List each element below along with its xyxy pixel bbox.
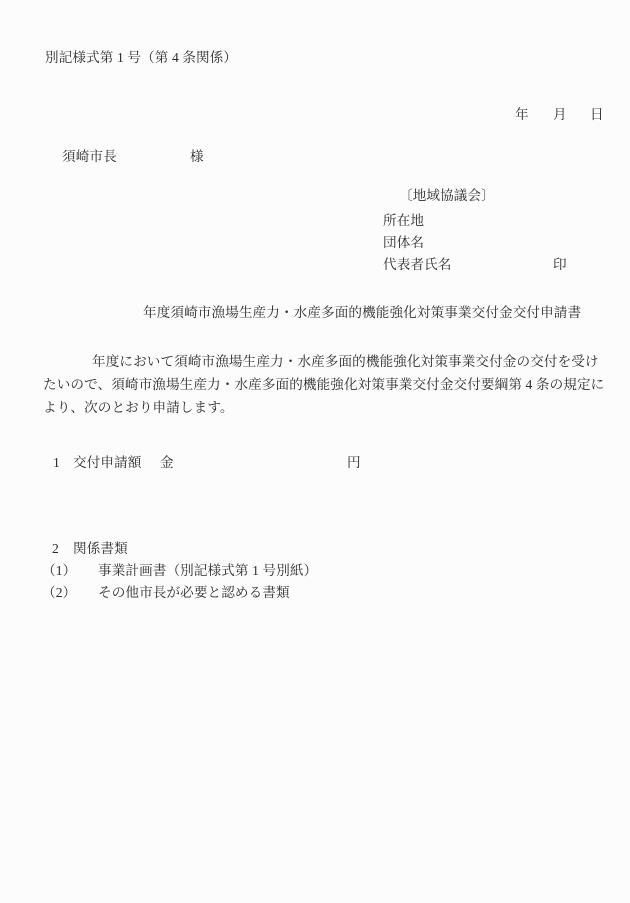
document-page: 別記様式第 1 号（第 4 条関係） 年 月 日 須崎市長 様 〔地域協議会〕 … — [0, 0, 630, 903]
amount-currency-prefix: 金 — [160, 455, 174, 471]
document-item-text: その他市長が必要と認める書類 — [98, 585, 290, 601]
amount-section-number: 1 — [53, 455, 60, 471]
date-day-label: 日 — [590, 107, 604, 123]
addressee-honorific: 様 — [190, 149, 204, 165]
amount-unit: 円 — [347, 455, 361, 471]
body-line-2: たいので、須崎市漁場生産力・水産多面的機能強化対策事業交付金交付要綱第 4 条の… — [43, 377, 604, 393]
applicant-address-label: 所在地 — [383, 213, 424, 229]
form-number: 別記様式第 1 号（第 4 条関係） — [45, 50, 237, 66]
applicant-organization-label: 団体名 — [383, 235, 424, 251]
document-item-number: （2） — [42, 585, 76, 601]
documents-section-label: 関係書類 — [73, 541, 128, 557]
date-month-label: 月 — [553, 107, 567, 123]
document-title: 年度須崎市漁場生産力・水産多面的機能強化対策事業交付金交付申請書 — [143, 305, 581, 321]
seal-label: 印 — [553, 257, 567, 273]
date-year-label: 年 — [515, 107, 529, 123]
applicant-group-heading: 〔地域協議会〕 — [399, 188, 495, 204]
body-line-1: 年度において須崎市漁場生産力・水産多面的機能強化対策事業交付金の交付を受け — [92, 354, 599, 370]
addressee-title: 須崎市長 — [62, 149, 117, 165]
applicant-representative-label: 代表者氏名 — [383, 257, 451, 273]
document-item-number: （1） — [42, 563, 76, 579]
body-line-3: より、次のとおり申請します。 — [43, 400, 234, 416]
documents-section-number: 2 — [52, 541, 59, 557]
document-item-text: 事業計画書（別記様式第 1 号別紙） — [98, 563, 317, 579]
amount-section-label: 交付申請額 — [73, 455, 141, 471]
